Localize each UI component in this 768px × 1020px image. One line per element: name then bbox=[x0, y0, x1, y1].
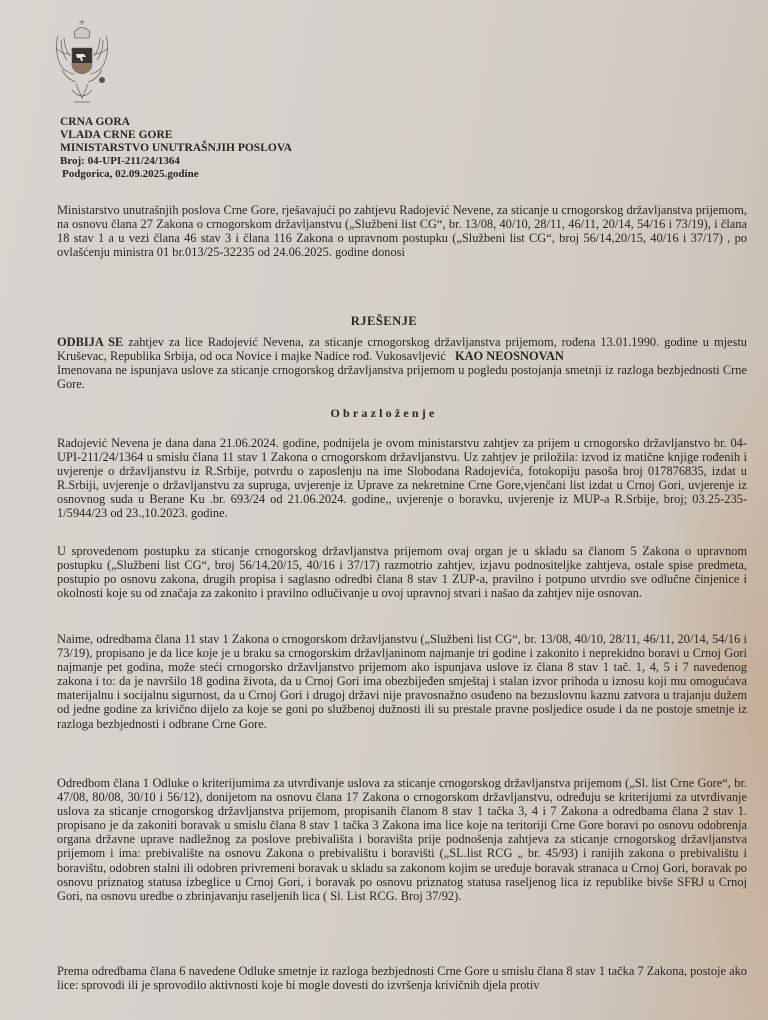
document-number: Broj: 04-UPI-211/24/1364 bbox=[60, 155, 292, 168]
explanation-paragraph-3: Naime, odredbama člana 11 stav 1 Zakona … bbox=[57, 632, 747, 731]
intro-paragraph: Ministarstvo unutrašnjih poslova Crne Go… bbox=[57, 203, 747, 259]
explanation-paragraph-4: Odredbom člana 1 Odluke o kriterijumima … bbox=[57, 776, 747, 903]
explanation-paragraph-1: Radojević Nevena je dana dana 21.06.2024… bbox=[57, 436, 747, 521]
reason-short: Imenovana ne ispunjava uslove za sticanj… bbox=[57, 363, 747, 391]
decision-body: zahtjev za lice Radojević Nevena, za sti… bbox=[57, 335, 747, 363]
place-date: Podgorica, 02.09.2025.godine bbox=[62, 168, 292, 181]
letterhead: CRNA GORA VLADA CRNE GORE MINISTARSTVO U… bbox=[60, 116, 292, 181]
decision-lead: ODBIJA SE bbox=[57, 335, 123, 349]
decision-paragraph: ODBIJA SE zahtjev za lice Radojević Neve… bbox=[57, 335, 747, 363]
document-page: CRNA GORA VLADA CRNE GORE MINISTARSTVO U… bbox=[0, 0, 768, 1020]
coat-of-arms-icon bbox=[52, 18, 112, 110]
explanation-paragraph-5: Prema odredbama člana 6 navedene Odluke … bbox=[57, 964, 747, 992]
decision-tail: KAO NEOSNOVAN bbox=[455, 349, 564, 363]
explanation-title: Obrazloženje bbox=[0, 406, 768, 421]
country-name: CRNA GORA bbox=[60, 116, 292, 129]
explanation-paragraph-2: U sprovedenom postupku za sticanje crnog… bbox=[57, 544, 747, 600]
decision-title: RJEŠENJE bbox=[0, 314, 768, 329]
government-name: VLADA CRNE GORE bbox=[60, 129, 292, 142]
ministry-name: MINISTARSTVO UNUTRAŠNJIH POSLOVA bbox=[60, 142, 292, 155]
